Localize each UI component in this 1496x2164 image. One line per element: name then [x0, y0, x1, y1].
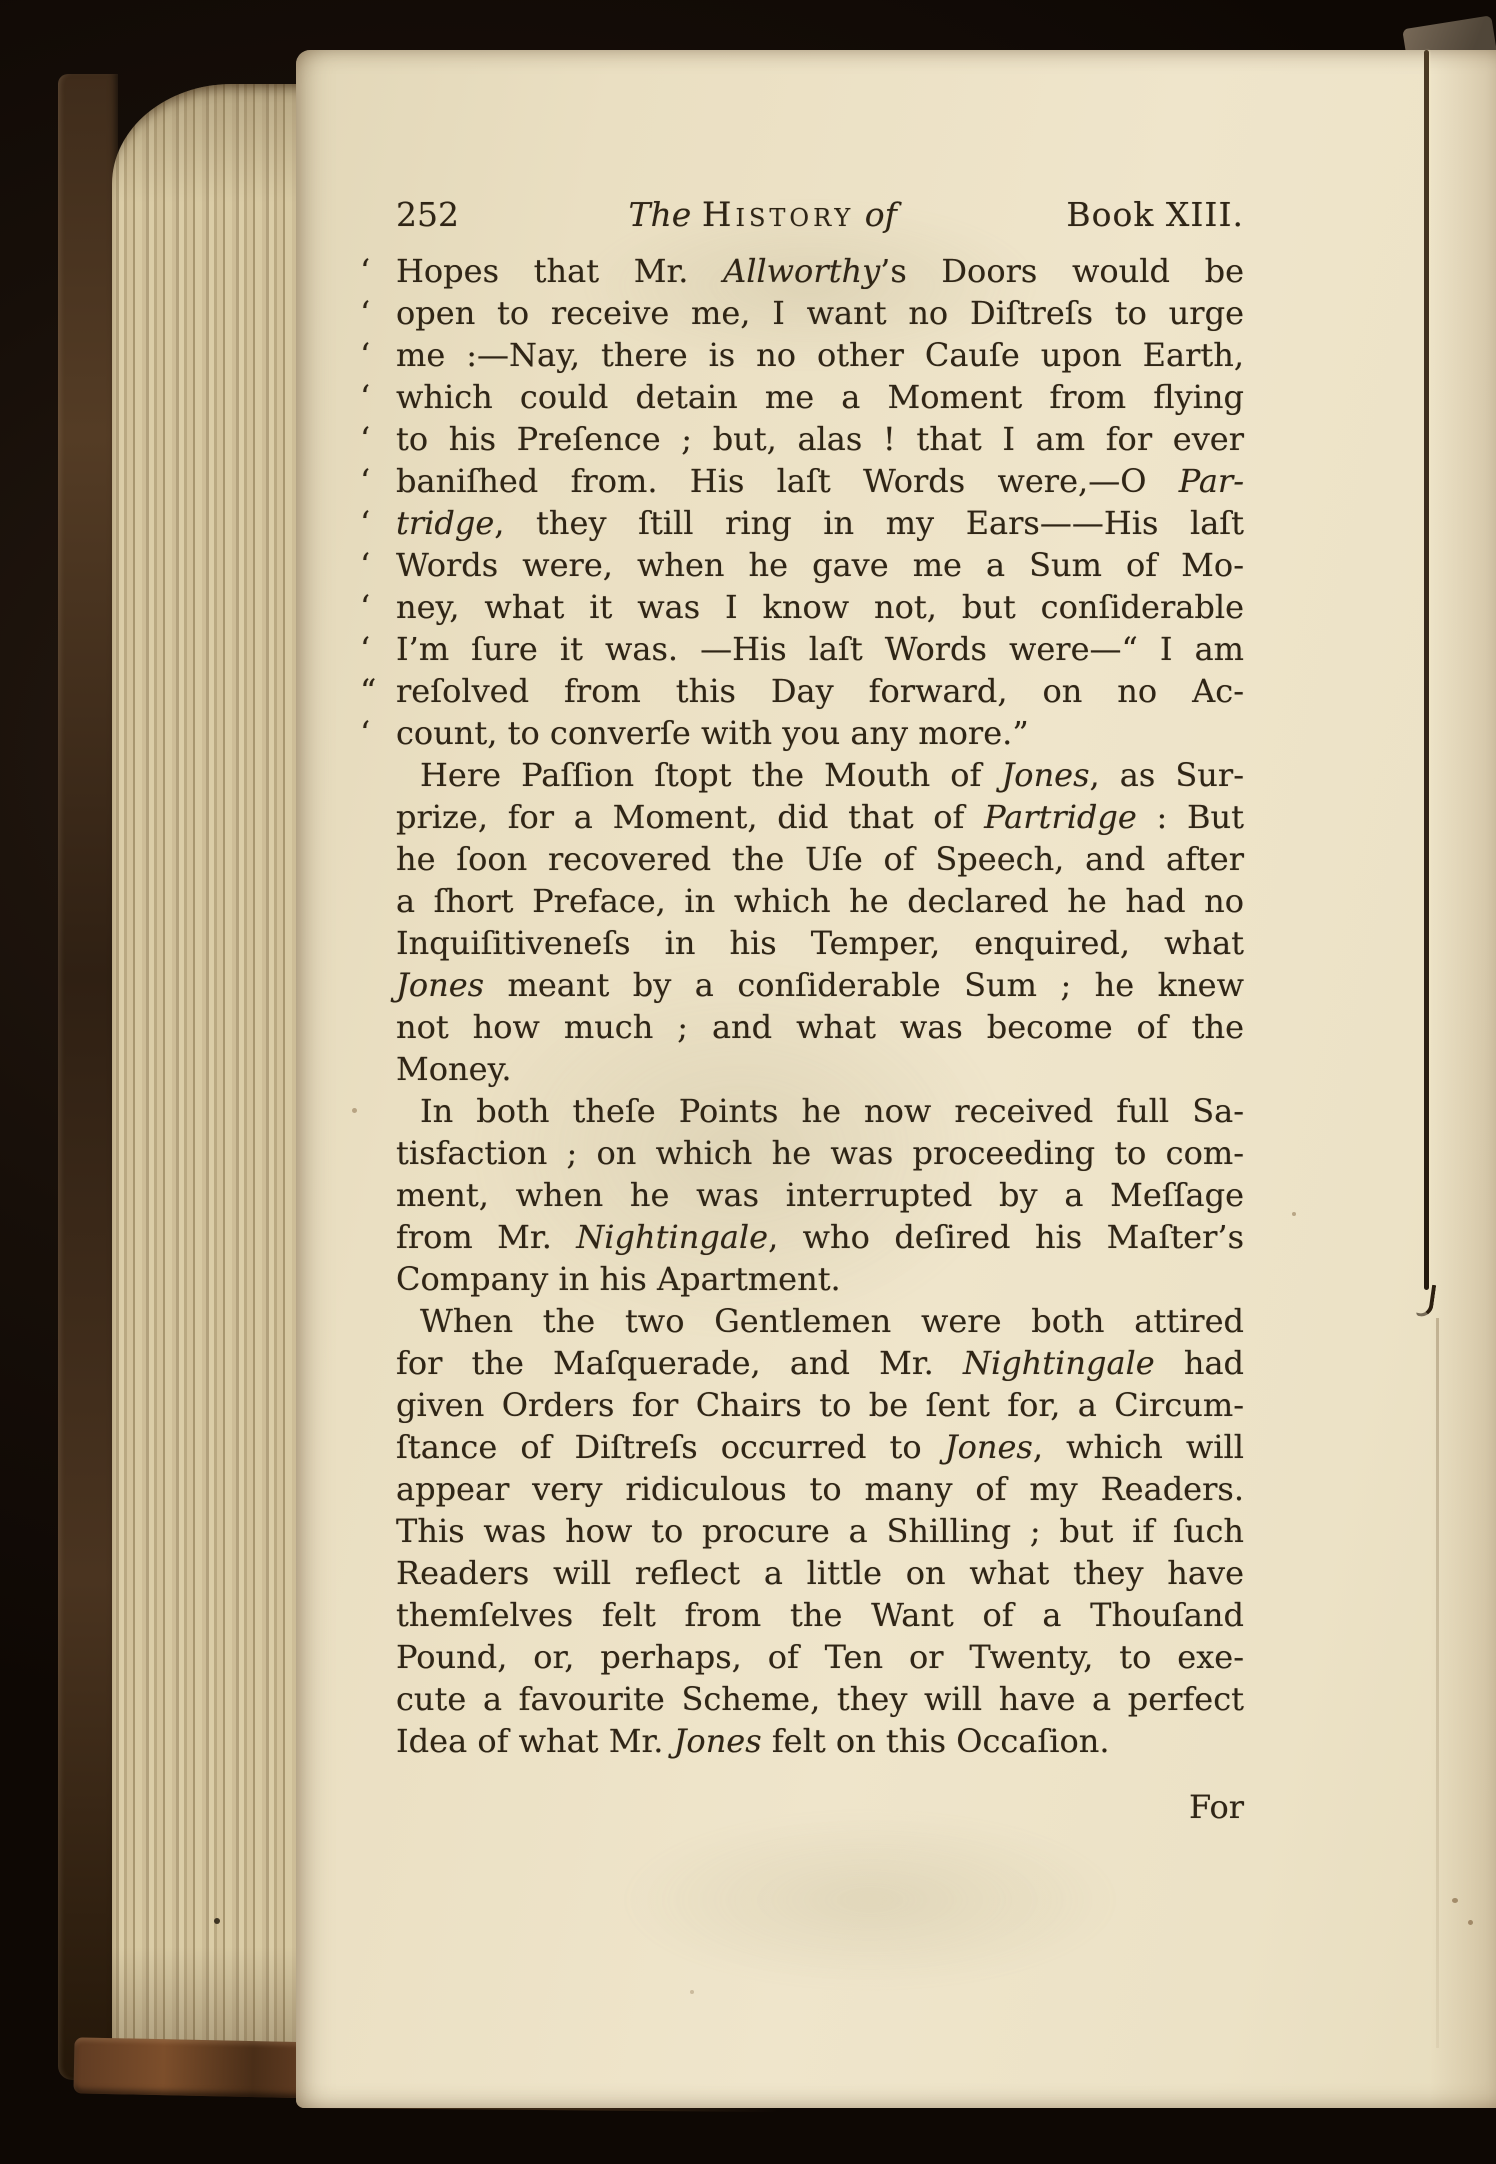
text-line: prize, for a Moment, did that of Partrid…	[396, 796, 1244, 838]
text-line: cute a favourite Scheme, they will have …	[396, 1678, 1244, 1720]
paper-speck	[352, 1108, 357, 1113]
running-header: 252 The History of Book XIII.	[396, 194, 1244, 242]
text-line: ‘which could detain me a Moment from fly…	[396, 376, 1244, 418]
running-title: The History of	[629, 194, 897, 236]
text-line: When the two Gentlemen were both attired	[396, 1300, 1244, 1342]
quote-mark: ‘	[360, 418, 370, 460]
text-line: he ſoon recovered the Uſe of Speech, and…	[396, 838, 1244, 880]
quote-mark: ‘	[360, 460, 370, 502]
text-line: ‘tridge, they ſtill ring in my Ears——His…	[396, 502, 1244, 544]
text-line: ‘to his Preſence ; but, alas ! that I am…	[396, 418, 1244, 460]
gutter-shadow	[1430, 50, 1496, 2108]
quote-mark: “	[360, 670, 376, 712]
book-cover-edge	[58, 74, 118, 2080]
text-line: ‘Words were, when he gave me a Sum of Mo…	[396, 544, 1244, 586]
text-line: a ſhort Preface, in which he declared he…	[396, 880, 1244, 922]
text-line: from Mr. Nightingale, who deſired his Ma…	[396, 1216, 1244, 1258]
page-crease	[1436, 1318, 1439, 2048]
quote-mark: ‘	[360, 250, 370, 292]
text-line: tisfaction ; on which he was proceeding …	[396, 1132, 1244, 1174]
quote-mark: ‘	[360, 334, 370, 376]
text-line: Readers will reflect a little on what th…	[396, 1552, 1244, 1594]
verso-showthrough	[620, 1810, 1120, 1990]
paper-speck	[214, 1918, 220, 1924]
text-line: Inquiſitiveneſs in his Temper, enquired,…	[396, 922, 1244, 964]
text-line: Pound, or, perhaps, of Ten or Twenty, to…	[396, 1636, 1244, 1678]
text-line: ‘me :—Nay, there is no other Cauſe upon …	[396, 334, 1244, 376]
text-line: Jones meant by a conſiderable Sum ; he k…	[396, 964, 1244, 1006]
quote-mark: ‘	[360, 544, 370, 586]
text-line: This was how to procure a Shilling ; but…	[396, 1510, 1244, 1552]
text-line: ment, when he was interrupted by a Meſſa…	[396, 1174, 1244, 1216]
text-line: ‘Hopes that Mr. Allworthy’s Doors would …	[396, 250, 1244, 292]
text-line: “reſolved from this Day forward, on no A…	[396, 670, 1244, 712]
text-lines: ‘Hopes that Mr. Allworthy’s Doors would …	[396, 250, 1244, 1762]
paper-speck	[1292, 1212, 1296, 1216]
paper-speck	[1452, 1898, 1458, 1903]
text-line: themſelves felt from the Want of a Thouſ…	[396, 1594, 1244, 1636]
text-line: appear very ridiculous to many of my Rea…	[396, 1468, 1244, 1510]
quote-mark: ‘	[360, 292, 370, 334]
quote-mark: ‘	[360, 502, 370, 544]
text-line: not how much ; and what was become of th…	[396, 1006, 1244, 1048]
text-line: for the Maſquerade, and Mr. Nightingale …	[396, 1342, 1244, 1384]
text-line: ‘open to receive me, I want no Diſtreſs …	[396, 292, 1244, 334]
text-line: Money.	[396, 1048, 1244, 1090]
printed-text: 252 The History of Book XIII. ‘Hopes tha…	[396, 194, 1244, 1828]
text-line: ‘baniſhed from. His laſt Words were,—O P…	[396, 460, 1244, 502]
text-line: ‘ney, what it was I know not, but conſid…	[396, 586, 1244, 628]
book-number-label: Book XIII.	[1066, 194, 1244, 236]
book-cover-board-bottom	[73, 2037, 330, 2098]
text-line: ſtance of Diſtreſs occurred to Jones, wh…	[396, 1426, 1244, 1468]
paper-speck	[1468, 1920, 1473, 1925]
quote-mark: ‘	[360, 586, 370, 628]
quote-mark: ‘	[360, 712, 370, 754]
page-number: 252	[396, 194, 459, 236]
text-line: given Orders for Chairs to be ſent for, …	[396, 1384, 1244, 1426]
text-line: Idea of what Mr. Jones felt on this Occa…	[396, 1720, 1244, 1762]
quote-mark: ‘	[360, 628, 370, 670]
text-line: Company in his Apartment.	[396, 1258, 1244, 1300]
text-line: ‘count, to converſe with you any more.”	[396, 712, 1244, 754]
book-photo: { "palette": { "backdrop": "#170f09", "l…	[0, 0, 1496, 2164]
catchword: For	[396, 1786, 1244, 1828]
bookmark-cord	[1424, 50, 1429, 1290]
paper-speck	[690, 1990, 694, 1994]
text-line: ‘I’m ſure it was. —His laſt Words were—“…	[396, 628, 1244, 670]
quote-mark: ‘	[360, 376, 370, 418]
text-line: In both theſe Points he now received ful…	[396, 1090, 1244, 1132]
text-line: Here Paſſion ſtopt the Mouth of Jones, a…	[396, 754, 1244, 796]
